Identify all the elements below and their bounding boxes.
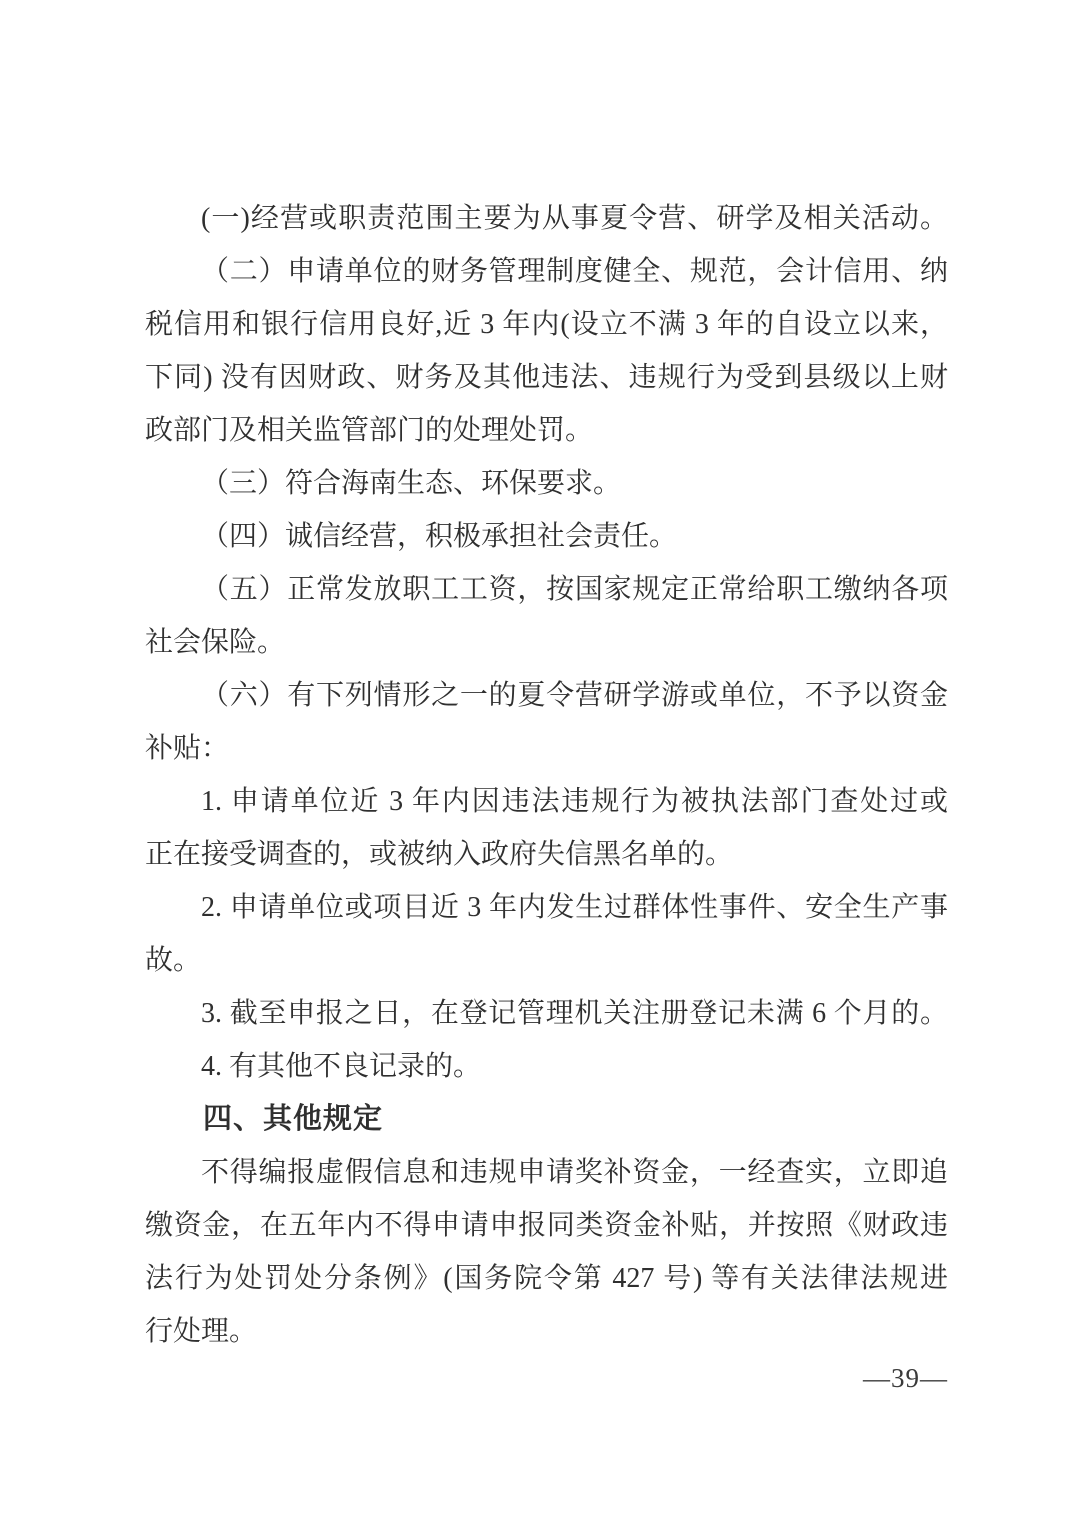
text-line: 缴资金，在五年内不得申请申报同类资金补贴，并按照《财政违 — [145, 1199, 948, 1252]
document-page: (一)经营或职责范围主要为从事夏令营、研学及相关活动。 （二）申请单位的财务管理… — [0, 0, 1080, 1527]
section-heading: 四、其他规定 — [145, 1093, 948, 1146]
text-line: （四）诚信经营，积极承担社会责任。 — [145, 510, 948, 563]
text-line: 2. 申请单位或项目近 3 年内发生过群体性事件、安全生产事 — [145, 881, 948, 934]
text-line: 1. 申请单位近 3 年内因违法违规行为被执法部门查处过或 — [145, 775, 948, 828]
page-number: —39— — [145, 1352, 948, 1405]
text-line: 社会保险。 — [145, 616, 948, 669]
text-line: 税信用和银行信用良好,近 3 年内(设立不满 3 年的自设立以来， — [145, 298, 948, 351]
text-line: 法行为处罚处分条例》(国务院令第 427 号) 等有关法律法规进 — [145, 1252, 948, 1305]
text-line: （六）有下列情形之一的夏令营研学游或单位，不予以资金 — [145, 669, 948, 722]
text-line: 下同) 没有因财政、财务及其他违法、违规行为受到县级以上财 — [145, 351, 948, 404]
text-line: 4. 有其他不良记录的。 — [145, 1040, 948, 1093]
text-line: （三）符合海南生态、环保要求。 — [145, 457, 948, 510]
text-line: 行处理。 — [145, 1305, 948, 1358]
text-line: 正在接受调查的，或被纳入政府失信黑名单的。 — [145, 828, 948, 881]
text-line: 不得编报虚假信息和违规申请奖补资金，一经查实，立即追 — [145, 1146, 948, 1199]
text-line: 政部门及相关监管部门的处理处罚。 — [145, 404, 948, 457]
document-body: (一)经营或职责范围主要为从事夏令营、研学及相关活动。 （二）申请单位的财务管理… — [145, 192, 948, 1358]
text-line: 补贴： — [145, 722, 948, 775]
text-line: 故。 — [145, 934, 948, 987]
text-line: （五）正常发放职工工资，按国家规定正常给职工缴纳各项 — [145, 563, 948, 616]
text-line: (一)经营或职责范围主要为从事夏令营、研学及相关活动。 — [145, 192, 948, 245]
text-line: （二）申请单位的财务管理制度健全、规范，会计信用、纳 — [145, 245, 948, 298]
text-line: 3. 截至申报之日，在登记管理机关注册登记未满 6 个月的。 — [145, 987, 948, 1040]
